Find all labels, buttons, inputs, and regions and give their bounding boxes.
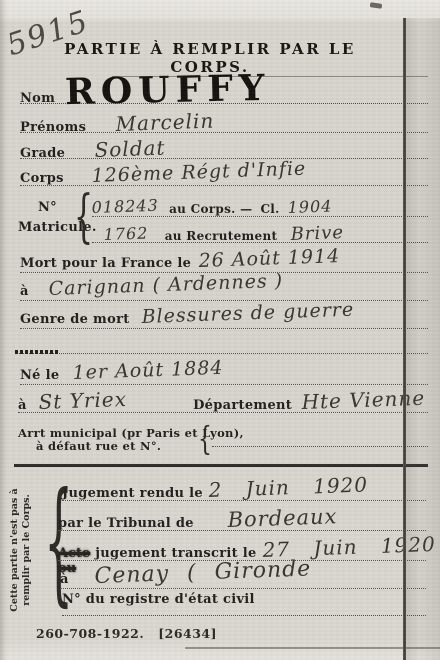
arr-label-line2: à défaut rue et N°. — [36, 439, 161, 453]
mort-lieu-label: à — [20, 284, 29, 299]
footer-print-codes: 260-708-1922.[26434] — [36, 626, 231, 641]
scanned-form: 5915 PARTIE À REMPLIR PAR LE CORPS. Nom … — [0, 0, 440, 660]
scan-right-edge — [406, 18, 440, 660]
grade-label: Grade — [20, 146, 65, 161]
ink-mark — [15, 350, 59, 354]
field-row-nom: Nom ROUFFY — [20, 72, 428, 104]
matricule-corps-label: au Corps. — — [169, 202, 252, 216]
field-row-genre-mort: Genre de mort Blessures de guerre — [20, 306, 428, 329]
matricule-corps-value: 018243 — [91, 196, 159, 217]
arr-dotted-line — [212, 432, 428, 447]
ne-le-label: Né le — [20, 368, 59, 383]
ne-lieu-label: à — [18, 398, 27, 413]
jugement-lieu-label: à — [60, 572, 69, 587]
genre-mort-label: Genre de mort — [20, 312, 130, 327]
jugement-lieu-value: Cenay ( Gironde — [94, 556, 312, 589]
jugement-rendu-label: Jugement rendu le — [62, 486, 203, 501]
mort-date-value: 26 Août 1914 — [198, 245, 340, 272]
transcrit-row: Acte ou jugement transcrit le 27 Juin 19… — [58, 538, 426, 561]
tribunal-row: par le Tribunal de Bordeaux — [58, 508, 426, 531]
scan-left-edge — [0, 0, 7, 660]
mort-label: Mort pour la France le — [20, 256, 191, 271]
grade-value: Soldat — [94, 136, 166, 162]
field-row-prenoms: Prénoms Marcelin — [20, 112, 428, 133]
jugement-lieu-row: à Cenay ( Gironde — [60, 564, 426, 589]
scan-bottom-streak — [185, 647, 440, 649]
registre-row: N° du registre d'état civil — [62, 592, 426, 616]
classe-label: Cl. — [260, 202, 279, 216]
jugement-rendu-value: 2 Juin 1920 — [208, 472, 368, 502]
empty-dotted-rule — [15, 333, 428, 354]
field-row-ne-le: Né le 1er Août 1884 — [20, 362, 428, 385]
nom-label: Nom — [20, 91, 55, 106]
recrutement-label: au Recrutement — [165, 229, 278, 243]
field-row-ne-lieu: à St Yriex Département Hte Vienne — [18, 390, 428, 413]
scan-speck — [370, 2, 383, 9]
field-row-corps: Corps 126ème Régt d'Infie — [20, 165, 428, 186]
arr-brace-glyph: { — [198, 421, 212, 459]
genre-mort-value: Blessures de guerre — [141, 299, 354, 328]
matricule-brace-glyph: { — [74, 184, 93, 251]
nom-value: ROUFFY — [65, 70, 271, 110]
mort-lieu-value: Carignan ( Ardennes ) — [48, 270, 283, 300]
recrutement-value: 1762 — [103, 223, 148, 244]
corps-value: 126ème Régt d'Infie — [91, 158, 306, 187]
jugement-rendu-row: Jugement rendu le 2 Juin 1920 — [62, 478, 426, 501]
side-note-vertical: Cette partie n'est pas à remplir par le … — [9, 480, 45, 620]
field-row-mort: Mort pour la France le 26 Août 1914 — [20, 250, 428, 273]
ne-le-value: 1er Août 1884 — [73, 357, 225, 384]
prenoms-value: Marcelin — [115, 109, 214, 136]
field-row-mort-lieu: à Carignan ( Ardennes ) — [20, 278, 428, 301]
classe-value: 1904 — [287, 196, 332, 217]
matricule-recrutement-row: 1762 au Recrutement Brive — [92, 224, 428, 243]
matricule-no-label: N° — [38, 200, 57, 215]
matricule-corps-row: 018243 au Corps. — Cl. 1904 — [92, 198, 428, 217]
field-row-grade: Grade Soldat — [20, 138, 428, 159]
corps-label: Corps — [20, 171, 64, 186]
departement-label: Département — [193, 398, 292, 413]
ref-number: [26434] — [158, 626, 217, 641]
tribunal-value: Bordeaux — [227, 504, 338, 532]
prenoms-label: Prénoms — [20, 120, 86, 135]
ne-lieu-value: St Yriex — [38, 387, 127, 414]
print-code: 260-708-1922. — [36, 626, 144, 641]
section-divider-rule — [14, 464, 428, 467]
registre-label: N° du registre d'état civil — [62, 592, 255, 607]
recrutement-place: Brive — [291, 222, 345, 245]
tribunal-label: par le Tribunal de — [58, 516, 194, 531]
